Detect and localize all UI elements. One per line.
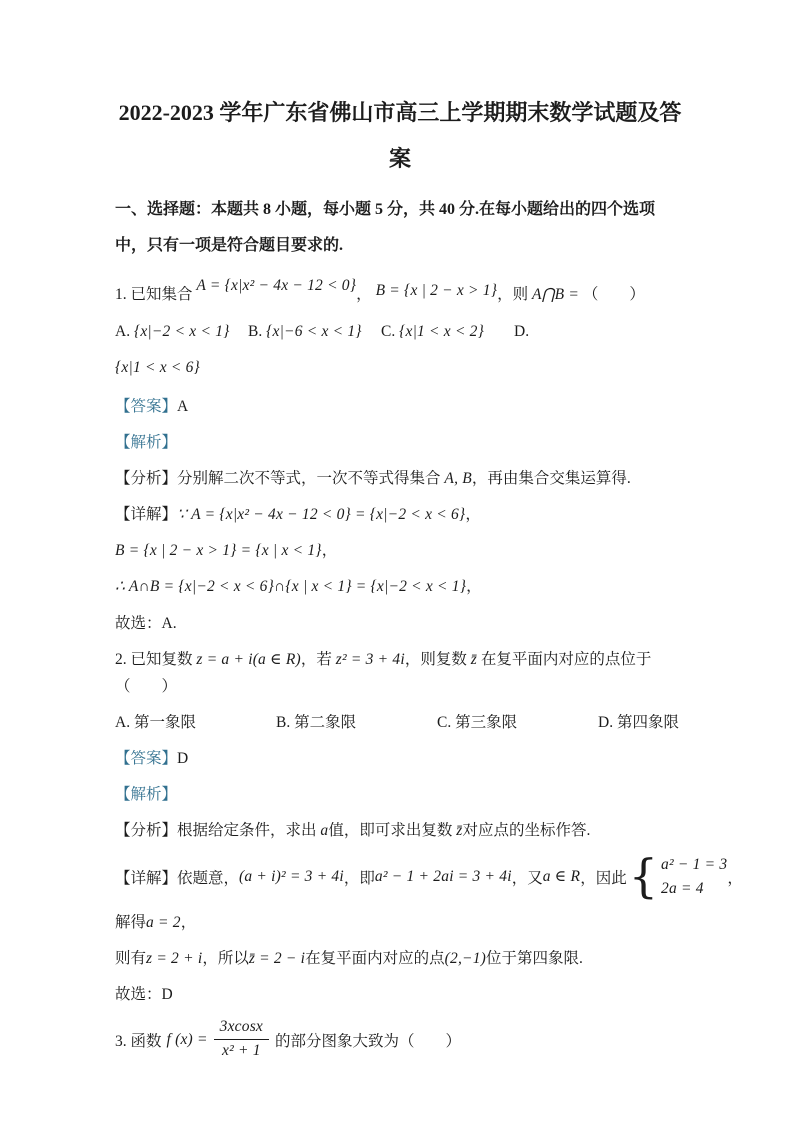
q3-stem: 3. 函数f (x) =3xcosxx² + 1的部分图象大致为（ ） bbox=[115, 1017, 685, 1062]
q2-fenxi-mid: 值，即可求出复数 bbox=[328, 822, 452, 839]
q1-fenxi-line: 【分析】分别解二次不等式，一次不等式得集合 A, B，再由集合交集运算得. bbox=[115, 465, 685, 492]
document-title: 2022-2023 学年广东省佛山市高三上学期期末数学试题及答 案 bbox=[115, 90, 685, 182]
q2-option-b: B. 第二象限 bbox=[276, 709, 437, 736]
q2-jiexi-label: 【解析】 bbox=[115, 786, 177, 803]
q2-sep-2: ，则复数 bbox=[405, 651, 467, 668]
q1-answer-label: 【答案】 bbox=[115, 398, 177, 415]
q2-detail-3-mid1: ，所以 bbox=[202, 950, 249, 967]
q1-detail-line-1: 【详解】∵ A = {x|x² − 4x − 12 < 0} = {x|−2 <… bbox=[115, 501, 685, 528]
q3-fraction: 3xcosxx² + 1 bbox=[214, 1017, 269, 1062]
q1-set-a-formula: A = {x|x² − 4x − 12 < 0} bbox=[196, 272, 356, 299]
q2-detail-3-mid2: 在复平面内对应的点 bbox=[305, 950, 445, 967]
q2-fenxi-label: 【分析】 bbox=[115, 822, 177, 839]
q1-set-b-formula: B = {x | 2 − x > 1} bbox=[376, 277, 498, 304]
q1-option-b-label: B. bbox=[248, 323, 262, 340]
q2-xiangjie-label: 【详解】 bbox=[115, 866, 177, 888]
q1-option-d-formula-line: {x|1 < x < 6} bbox=[115, 354, 685, 381]
q2-fenxi-pre: 根据给定条件，求出 bbox=[177, 822, 317, 839]
q2-option-d-text: 第四象限 bbox=[617, 714, 679, 731]
q2-detail-pre: 依题意， bbox=[177, 866, 239, 888]
q2-option-b-label: B. bbox=[276, 714, 290, 731]
q1-answer-line: 【答案】A bbox=[115, 393, 685, 420]
q1-stem: 1. 已知集合 A = {x|x² − 4x − 12 < 0}， B = {x… bbox=[115, 272, 685, 308]
q1-option-a: A. {x|−2 < x < 1} bbox=[115, 318, 248, 345]
q1-detail-line-2: B = {x | 2 − x > 1} = {x | x < 1}， bbox=[115, 537, 685, 564]
q2-conclusion-line: 故选：D bbox=[115, 981, 685, 1008]
q2-option-a-text: 第一象限 bbox=[134, 714, 196, 731]
title-line-1: 2022-2023 学年广东省佛山市高三上学期期末数学试题及答 bbox=[115, 90, 685, 136]
q1-jiexi-label: 【解析】 bbox=[115, 434, 177, 451]
q2-option-d: D. 第四象限 bbox=[598, 714, 679, 731]
q2-square-formula: z² = 3 + 4i bbox=[336, 651, 405, 668]
q2-equation-system: {a² − 1 = 32a = 4 bbox=[629, 853, 728, 900]
q1-detail-1-math: ∵ A = {x|x² − 4x − 12 < 0} = {x|−2 < x <… bbox=[177, 506, 465, 523]
system-equations: a² − 1 = 32a = 4 bbox=[661, 853, 727, 900]
q2-detail-m3: a ∈ R bbox=[543, 867, 580, 886]
q1-option-b-formula: {x|−6 < x < 1} bbox=[266, 323, 362, 340]
q1-xiangjie-label: 【详解】 bbox=[115, 506, 177, 523]
q1-detail-1-comma: ， bbox=[465, 506, 481, 523]
q2-detail-post: ， bbox=[727, 866, 743, 888]
system-brace: { bbox=[629, 856, 658, 897]
q1-detail-2-math: B = {x | 2 − x > 1} = {x | x < 1} bbox=[115, 542, 322, 559]
q1-option-c: C. {x|1 < x < 2} bbox=[381, 318, 514, 345]
q2-answer-value: D bbox=[177, 750, 188, 767]
q2-complex-formula: z = a + i(a ∈ R) bbox=[196, 651, 300, 668]
q1-fenxi-post: ，再由集合交集运算得. bbox=[472, 470, 631, 487]
q3-stem-post: 的部分图象大致为（ ） bbox=[275, 1029, 461, 1051]
q1-intersection-expr: A⋂B = bbox=[532, 286, 579, 303]
q2-sep-1: ，若 bbox=[301, 651, 332, 668]
q2-option-c: C. 第三象限 bbox=[437, 709, 598, 736]
q1-detail-3-math: ∴ A∩B = {x|−2 < x < 6}∩{x | x < 1} = {x|… bbox=[115, 578, 466, 595]
q3-fraction-numerator: 3xcosx bbox=[214, 1017, 269, 1040]
q1-detail-line-3: ∴ A∩B = {x|−2 < x < 6}∩{x | x < 1} = {x|… bbox=[115, 573, 685, 600]
q1-fenxi-pre: 分别解二次不等式，一次不等式得集合 bbox=[177, 470, 441, 487]
q1-option-a-formula: {x|−2 < x < 1} bbox=[134, 323, 230, 340]
q2-answer-label: 【答案】 bbox=[115, 750, 177, 767]
q2-detail-line-3: 则有z = 2 + i，所以z̄ = 2 − i在复平面内对应的点(2,−1)位… bbox=[115, 945, 685, 972]
q1-conclusion-line: 故选：A. bbox=[115, 610, 685, 637]
system-equation-2: 2a = 4 bbox=[661, 877, 727, 900]
q2-detail-2-comma: ， bbox=[181, 914, 197, 931]
q1-number-prefix: 1. 已知集合 bbox=[115, 286, 193, 303]
q1-option-c-formula: {x|1 < x < 2} bbox=[399, 323, 484, 340]
q2-option-b-text: 第二象限 bbox=[294, 714, 356, 731]
system-equation-1: a² − 1 = 3 bbox=[661, 853, 727, 876]
q1-option-d-formula: {x|1 < x < 6} bbox=[115, 359, 200, 376]
q2-option-c-label: C. bbox=[437, 714, 451, 731]
q2-detail-m2: a² − 1 + 2ai = 3 + 4i bbox=[375, 868, 512, 886]
q2-detail-3-point: (2,−1) bbox=[445, 950, 486, 967]
q2-detail-3-zbar: z̄ = 2 − i bbox=[249, 950, 305, 967]
q1-comma: ， bbox=[356, 286, 372, 303]
q1-option-c-label: C. bbox=[381, 323, 395, 340]
q2-detail-mid3: ，因此 bbox=[580, 866, 627, 888]
q2-jiexi-line: 【解析】 bbox=[115, 781, 685, 808]
q2-option-a: A. 第一象限 bbox=[115, 709, 276, 736]
q1-detail-3-comma: ， bbox=[466, 578, 482, 595]
q2-detail-3-post: 位于第四象限. bbox=[486, 950, 583, 967]
q1-jiexi-line: 【解析】 bbox=[115, 429, 685, 456]
q3-fraction-denominator: x² + 1 bbox=[214, 1040, 269, 1062]
q2-conjugate-symbol: z̄ bbox=[471, 651, 477, 668]
q2-answer-line: 【答案】D bbox=[115, 745, 685, 772]
q2-fenxi-post: 对应点的坐标作答. bbox=[462, 822, 590, 839]
q2-detail-2-math: a = 2 bbox=[146, 914, 181, 931]
q3-function-expr: f (x) = bbox=[167, 1031, 208, 1049]
q2-fenxi-line: 【分析】根据给定条件，求出 a值，即可求出复数 z̄对应点的坐标作答. bbox=[115, 817, 685, 844]
section-1-heading: 一、选择题：本题共 8 小题，每小题 5 分，共 40 分.在每小题给出的四个选… bbox=[115, 192, 685, 264]
q1-answer-paren: （ ） bbox=[583, 286, 645, 303]
q2-detail-m1: (a + i)² = 3 + 4i bbox=[239, 868, 344, 886]
q1-option-a-label: A. bbox=[115, 323, 130, 340]
q1-fenxi-label: 【分析】 bbox=[115, 470, 177, 487]
q2-detail-mid2: ，又 bbox=[512, 866, 543, 888]
q2-option-c-text: 第三象限 bbox=[455, 714, 517, 731]
q2-detail-line-1: 【详解】依题意，(a + i)² = 3 + 4i，即a² − 1 + 2ai … bbox=[115, 853, 685, 900]
q2-detail-line-2: 解得a = 2， bbox=[115, 909, 685, 936]
q1-option-d-label: D. bbox=[514, 323, 529, 340]
q2-detail-3-z: z = 2 + i bbox=[146, 950, 202, 967]
exam-document-page: 2022-2023 学年广东省佛山市高三上学期期末数学试题及答 案 一、选择题：… bbox=[0, 0, 793, 1122]
q2-detail-2-pre: 解得 bbox=[115, 914, 146, 931]
q1-fenxi-math: A, B bbox=[444, 470, 472, 487]
q1-options-row: A. {x|−2 < x < 1}B. {x|−6 < x < 1}C. {x|… bbox=[115, 318, 685, 345]
q2-option-a-label: A. bbox=[115, 714, 130, 731]
q2-option-d-label: D. bbox=[598, 714, 613, 731]
q2-stem: 2. 已知复数 z = a + i(a ∈ R)，若 z² = 3 + 4i，则… bbox=[115, 646, 685, 700]
q2-options-row: A. 第一象限B. 第二象限C. 第三象限D. 第四象限 bbox=[115, 709, 685, 736]
q1-detail-2-comma: ， bbox=[322, 542, 338, 559]
q3-number-prefix: 3. 函数 bbox=[115, 1029, 162, 1051]
q2-number-prefix: 2. 已知复数 bbox=[115, 651, 193, 668]
q1-then-text: ，则 bbox=[497, 286, 528, 303]
q1-answer-value: A bbox=[177, 398, 188, 415]
q2-detail-3-pre: 则有 bbox=[115, 950, 146, 967]
q1-option-b: B. {x|−6 < x < 1} bbox=[248, 318, 381, 345]
title-line-2: 案 bbox=[115, 136, 685, 182]
q2-detail-mid1: ，即 bbox=[344, 866, 375, 888]
